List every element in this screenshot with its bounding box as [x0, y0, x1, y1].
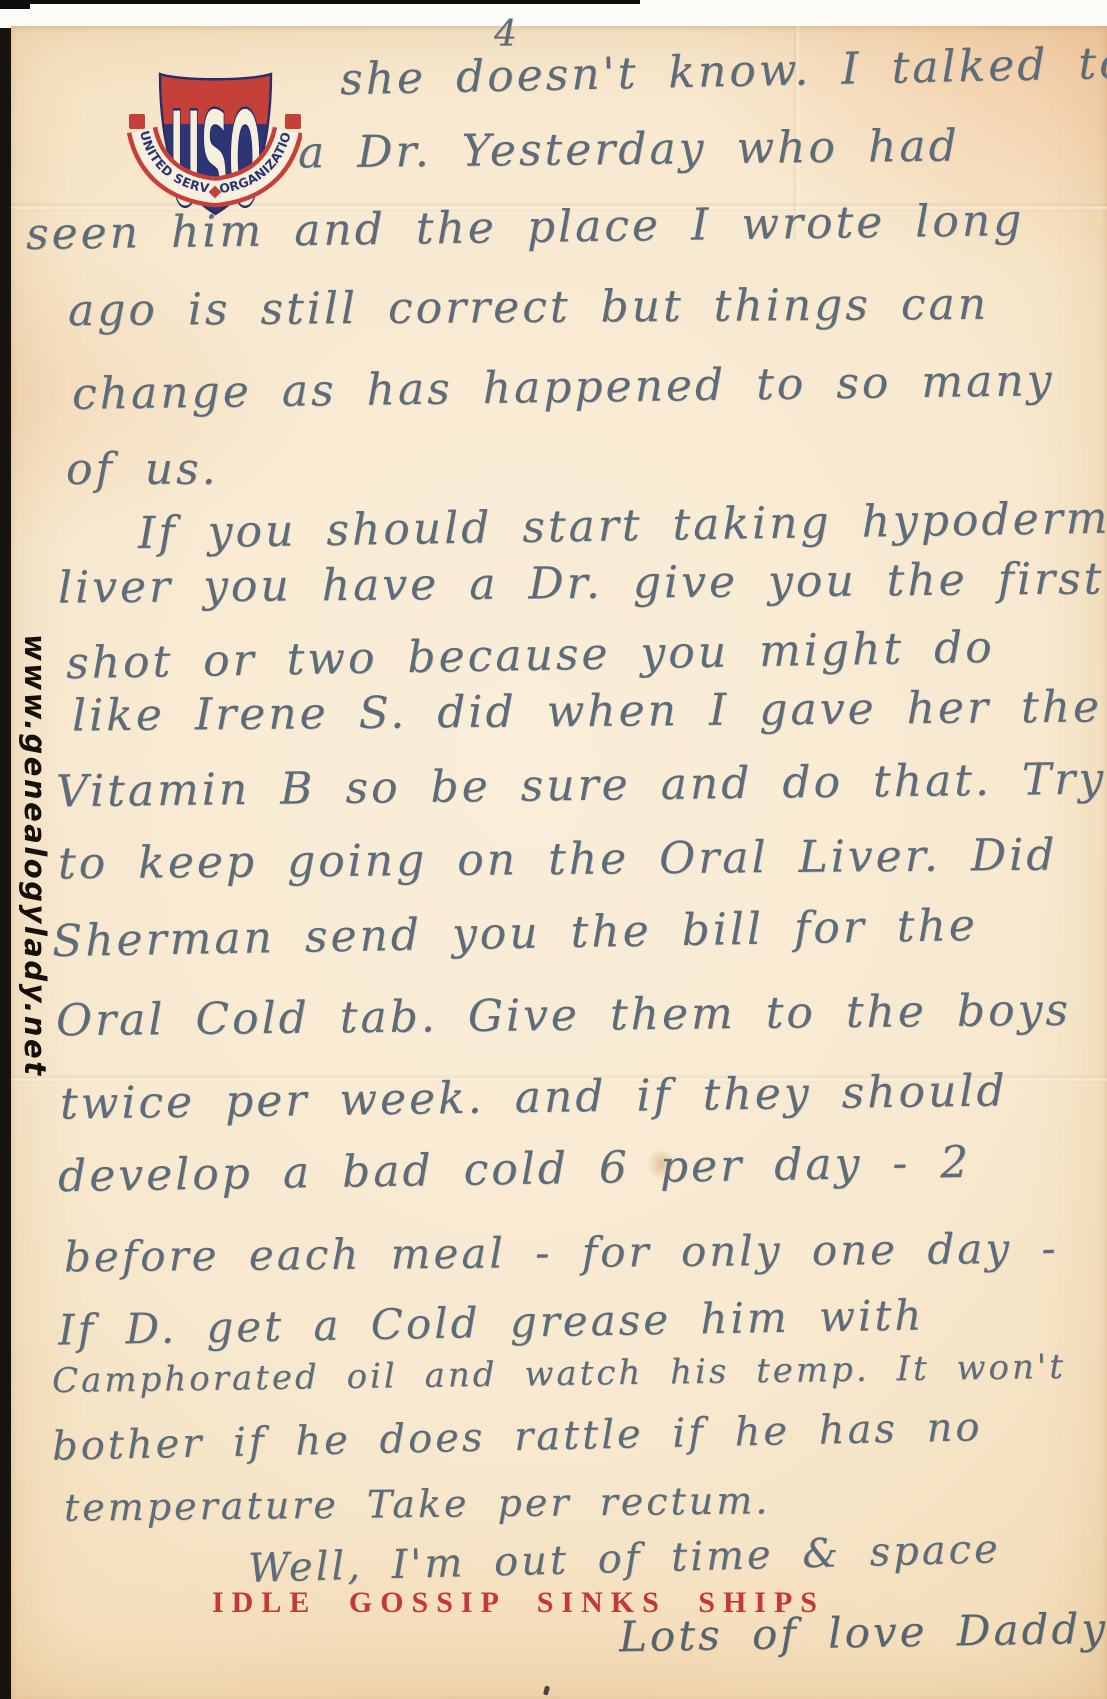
scan-edge-top-corner [0, 0, 30, 9]
handwriting-line: like Irene S. did when I gave her the [72, 682, 1102, 742]
handwriting-line: Well, I'm out of time & space [248, 1526, 1002, 1592]
handwriting-line: bother if he does rattle if he has no [52, 1404, 983, 1469]
scan-edge-top-line [0, 0, 640, 4]
handwriting-line: If D. get a Cold grease him with [58, 1290, 925, 1354]
handwriting-line: of us. [66, 444, 219, 495]
handwriting-line: Sherman send you the bill for the [52, 900, 979, 967]
scan-edge-left-strip [0, 28, 11, 1699]
handwriting-line: Oral Cold tab. Give them to the boys [56, 985, 1071, 1047]
signature-closing: Lots of love Daddy [619, 1604, 1107, 1662]
scanned-letter-page: USO UNITED SERVICE ORGANIZATIONS 4 she [0, 0, 1107, 1699]
handwriting-line: Camphorated oil and watch his temp. It w… [52, 1347, 1066, 1401]
letter-paper: USO UNITED SERVICE ORGANIZATIONS 4 she [11, 26, 1107, 1699]
handwriting-line: ago is still correct but things can [68, 279, 989, 336]
handwriting-line: develop a bad cold 6 per day - 2 [58, 1137, 972, 1202]
handwriting-line: before each meal - for only one day - [64, 1224, 1059, 1282]
watermark-genealogylady: www.genealogylady.net [18, 634, 52, 1078]
handwriting-line: shot or two because you might do [66, 622, 995, 689]
handwriting-line: temperature Take per rectum. [64, 1478, 771, 1529]
handwriting-line: Vitamin B so be sure and do that. Try [56, 754, 1107, 818]
handwriting-line: liver you have a Dr. give you the first [58, 553, 1105, 613]
handwriting-line: If you should start taking hypodermic [138, 492, 1107, 559]
ink-speck [543, 1686, 550, 1696]
handwriting-line: a Dr. Yesterday who had [298, 121, 960, 179]
handwriting-line: to keep going on the Oral Liver. Did [58, 830, 1058, 890]
handwriting-line: change as has happened to so many [72, 355, 1055, 420]
handwriting-line: twice per week. and if they should [60, 1065, 1008, 1129]
page-number: 4 [494, 14, 520, 55]
handwriting-line: she doesn't know. I talked to [340, 38, 1107, 106]
